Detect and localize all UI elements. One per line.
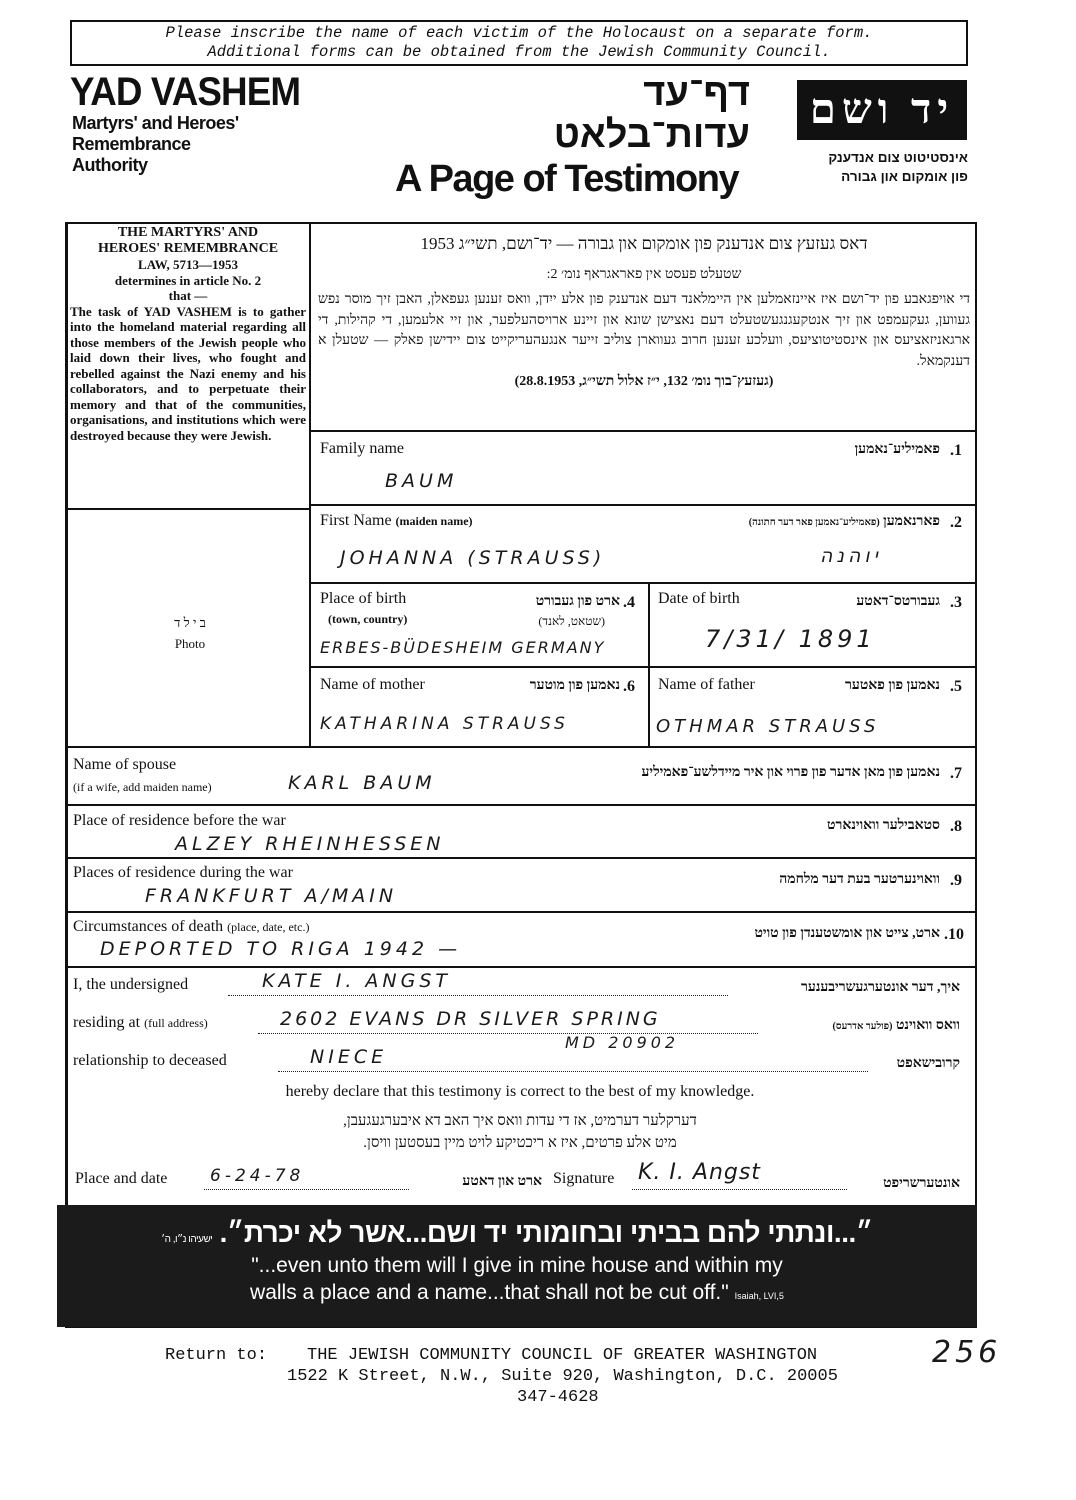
return-label: Return to: — [165, 1345, 267, 1366]
notice-line-2: Additional forms can be obtained from th… — [72, 43, 966, 62]
undersigned-label: I, the undersigned — [73, 976, 188, 994]
residence-during-war-label: Places of residence during the war — [73, 864, 293, 882]
photo-label-yiddish: ב י ל ד — [70, 612, 310, 633]
logo-subtitle-line-2: פון אומקום און גבורה — [780, 167, 968, 186]
law-body: The task of YAD VASHEM is to gather into… — [70, 304, 306, 444]
row-divider — [65, 804, 977, 806]
family-name-label-yiddish: פאמיליע־נאמען — [650, 442, 940, 458]
date-of-birth-label-yiddish: געבורטס־דאטע — [760, 594, 940, 610]
declaration-yiddish: דערקלער דערמיט, אז די עדות וואס איך האב … — [70, 1110, 970, 1154]
field-number-7: .7 — [950, 765, 962, 783]
place-date-label: Place and date — [75, 1170, 167, 1188]
yad-vashem-logo: יד ושם — [797, 80, 967, 140]
first-name-label: First Name (maiden name) — [320, 512, 473, 530]
residence-during-war-label-yiddish: וואוינערטער בעת דער מלחמה — [650, 872, 940, 888]
return-line-1: Return to: THE JEWISH COMMUNITY COUNCIL … — [165, 1345, 838, 1366]
spouse-name-label-yiddish: נאמען פון מאן אדער פון פרוי און איר מייד… — [470, 765, 940, 781]
address-yiddish-note: (פולער אדרעס) — [833, 1021, 893, 1032]
banner-english-reference: Isaiah, LVI,5 — [735, 1291, 784, 1301]
field-number-10: .10 — [944, 926, 964, 944]
spouse-name-label: Name of spouse — [73, 756, 176, 774]
logo-subtitle-line-1: אינסטיטוט צום אנדענק — [780, 148, 968, 167]
law-text-english: THE MARTYRS' AND HEROES' REMEMBRANCE LAW… — [70, 225, 306, 443]
residence-before-war-label: Place of residence before the war — [73, 812, 286, 830]
first-name-yiddish-note: (פאמיליע־נאמען פאר דער חתונה) — [749, 517, 880, 528]
law-yiddish-heading-2: שטעלט פעסט אין פאראגראף נומ׳ 2: — [318, 260, 970, 290]
logo-text: יד ושם — [810, 86, 954, 134]
death-circumstances-value[interactable]: DEPORTED TO RIGA 1942 — — [100, 938, 461, 960]
relationship-value[interactable]: NIECE — [310, 1046, 387, 1068]
law-box-divider — [65, 508, 310, 510]
banner-english-line-2-wrap: walls a place and a name...that shall no… — [57, 1279, 977, 1310]
father-name-value[interactable]: OTHMAR STRAUSS — [656, 716, 879, 737]
return-organization: THE JEWISH COMMUNITY COUNCIL OF GREATER … — [307, 1345, 817, 1366]
place-date-value[interactable]: 6-24-78 — [210, 1166, 304, 1186]
spouse-name-value[interactable]: KARL BAUM — [288, 772, 436, 794]
address-label-yiddish: וואס וואוינט (פולער אדרעס) — [760, 1018, 960, 1034]
first-name-label-yiddish: פארנאמען (פאמיליע־נאמען פאר דער חתונה) — [560, 514, 940, 530]
family-name-label: Family name — [320, 440, 404, 458]
row-divider — [65, 746, 977, 748]
isaiah-quote-banner: ״...ונתתי להם בביתי ובחומותי יד ושם...אש… — [57, 1205, 977, 1327]
relationship-label: relationship to deceased — [73, 1052, 227, 1070]
mother-name-label-yiddish: נאמען פון מוטער — [460, 678, 620, 694]
row-divider — [309, 504, 977, 506]
org-subtitle-line-3: Authority — [72, 155, 239, 176]
field-number-1: .1 — [950, 442, 962, 460]
banner-hebrew-reference: ישעיהו נ״ו, ה׳ — [161, 1234, 212, 1245]
first-name-yiddish-text: פארנאמען — [883, 514, 940, 529]
residence-during-war-value[interactable]: FRANKFURT A/MAIN — [145, 885, 397, 907]
law-yiddish-citation: (געזעץ־בוך נומ׳ 132, י״ז אלול תשי״ג, 28.… — [318, 372, 970, 393]
death-circumstances-label-yiddish: ארט, צייט און אומשטענדן פון טויט — [620, 926, 940, 942]
law-yiddish-heading-1: דאס געזעץ צום אנדענק פון אומקום און גבור… — [318, 228, 970, 260]
field-number-8: .8 — [950, 818, 962, 836]
residence-before-war-value[interactable]: ALZEY RHEINHESSEN — [175, 833, 445, 855]
law-heading-4: determines in article No. 2 — [70, 273, 306, 289]
first-name-label-note: (maiden name) — [396, 514, 473, 528]
field-number-4: .4 — [623, 594, 635, 612]
row-divider — [309, 430, 977, 432]
law-text-yiddish: דאס געזעץ צום אנדענק פון אומקום און גבור… — [318, 228, 970, 393]
signature-label-yiddish: אונטערשריפט — [850, 1176, 960, 1192]
father-name-label: Name of father — [658, 676, 755, 694]
law-heading-3: LAW, 5713—1953 — [70, 257, 306, 273]
death-circumstances-note: (place, date, etc.) — [227, 920, 309, 934]
row-divider — [65, 911, 977, 913]
undersigned-value[interactable]: KATE I. ANGST — [262, 970, 451, 992]
undersigned-label-yiddish: איך, דער אונטערגעשריבענער — [730, 980, 960, 996]
address-label: residing at (full address) — [73, 1014, 208, 1032]
law-heading-1: THE MARTYRS' AND — [70, 225, 306, 241]
relationship-label-yiddish: קרובישאפט — [870, 1056, 960, 1072]
field-number-5: .5 — [950, 678, 962, 696]
declaration-english: hereby declare that this testimony is co… — [70, 1083, 970, 1101]
return-street-address: 1522 K Street, N.W., Suite 920, Washingt… — [165, 1366, 838, 1387]
banner-hebrew-text: ״...ונתתי להם בביתי ובחומותי יד ושם...אש… — [220, 1217, 873, 1248]
death-circumstances-label-text: Circumstances of death — [73, 918, 223, 935]
cell-divider — [648, 582, 650, 746]
org-subtitle-line-1: Martyrs' and Heroes' — [72, 113, 239, 134]
photo-label-english: Photo — [70, 633, 310, 654]
banner-english-quote: "...even unto them will I give in mine h… — [57, 1252, 977, 1310]
first-name-label-text: First Name — [320, 512, 392, 529]
logo-subtitle: אינסטיטוט צום אנדענק פון אומקום און גבור… — [780, 148, 968, 186]
address-value-line-2[interactable]: MD 20902 — [565, 1033, 679, 1052]
law-heading-2: HEROES' REMEMBRANCE — [70, 241, 306, 257]
instruction-notice: Please inscribe the name of each victim … — [70, 20, 968, 66]
field-number-3: .3 — [950, 594, 962, 612]
row-divider — [309, 582, 977, 584]
field-number-9: .9 — [950, 872, 962, 890]
banner-english-line-1: "...even unto them will I give in mine h… — [57, 1252, 977, 1279]
address-value[interactable]: 2602 EVANS DR SILVER SPRING — [280, 1008, 661, 1030]
law-yiddish-body: די אויפגאבע פון יד־ושם איז איינזאמלען אי… — [318, 290, 970, 372]
address-label-note: (full address) — [144, 1016, 208, 1030]
declaration-yiddish-line-1: דערקלער דערמיט, אז די עדות וואס איך האב … — [70, 1110, 970, 1132]
folio-number: 256 — [932, 1335, 1001, 1370]
mother-name-value[interactable]: KATHARINA STRAUSS — [320, 714, 569, 734]
mother-name-label: Name of mother — [320, 676, 425, 694]
page-title: A Page of Testimony — [395, 158, 738, 201]
place-of-birth-note-yiddish: (שטאט, לאנד) — [460, 614, 605, 629]
field-number-2: .2 — [950, 514, 962, 532]
declaration-yiddish-line-2: מיט אלע פרטים, איז א ריכטיקע לויט מיין ב… — [70, 1132, 970, 1154]
signature-value[interactable]: K. I. Angst — [638, 1160, 761, 1185]
org-subtitle-line-2: Remembrance — [72, 134, 239, 155]
address-label-text: residing at — [73, 1014, 140, 1031]
signature-label: Signature — [553, 1170, 614, 1188]
banner-hebrew-quote: ״...ונתתי להם בביתי ובחומותי יד ושם...אש… — [57, 1205, 977, 1249]
hebrew-title: דף־עד — [490, 72, 750, 115]
org-subtitle: Martyrs' and Heroes' Remembrance Authori… — [72, 113, 239, 176]
date-of-birth-value[interactable]: 7/31/ 1891 — [705, 625, 876, 653]
return-address: Return to: THE JEWISH COMMUNITY COUNCIL … — [165, 1345, 838, 1408]
death-circumstances-label: Circumstances of death (place, date, etc… — [73, 918, 309, 936]
first-name-value-yiddish[interactable]: יוהנה — [820, 545, 882, 567]
residence-before-war-label-yiddish: סטאבילער וואוינארט — [700, 818, 940, 834]
law-heading-5: that — — [70, 288, 306, 304]
first-name-value[interactable]: JOHANNA (STRAUSS) — [340, 547, 605, 569]
place-of-birth-value[interactable]: ERBES-BÜDESHEIM GERMANY — [320, 638, 605, 657]
father-name-label-yiddish: נאמען פון פאטער — [790, 678, 940, 694]
banner-english-line-2: walls a place and a name...that shall no… — [250, 1281, 729, 1304]
family-name-value[interactable]: BAUM — [385, 470, 457, 492]
place-of-birth-note: (town, country) — [328, 612, 407, 627]
yiddish-title: עדות־בלאט — [490, 114, 750, 157]
place-of-birth-label: Place of birth — [320, 590, 406, 608]
org-name: YAD VASHEM — [70, 70, 300, 115]
date-of-birth-label: Date of birth — [658, 590, 740, 608]
photo-placeholder[interactable]: ב י ל ד Photo — [70, 612, 310, 654]
row-divider — [65, 966, 977, 968]
place-date-label-yiddish: ארט און דאטע — [412, 1174, 542, 1190]
address-yiddish-text: וואס וואוינט — [896, 1018, 960, 1033]
row-divider — [65, 857, 977, 859]
row-divider — [309, 666, 977, 668]
spouse-name-note: (if a wife, add maiden name) — [73, 780, 212, 795]
return-phone: 347-4628 — [165, 1387, 838, 1408]
notice-line-1: Please inscribe the name of each victim … — [72, 24, 966, 43]
field-number-6: .6 — [623, 678, 635, 696]
place-of-birth-label-yiddish: ארט פון געבורט — [460, 594, 620, 610]
